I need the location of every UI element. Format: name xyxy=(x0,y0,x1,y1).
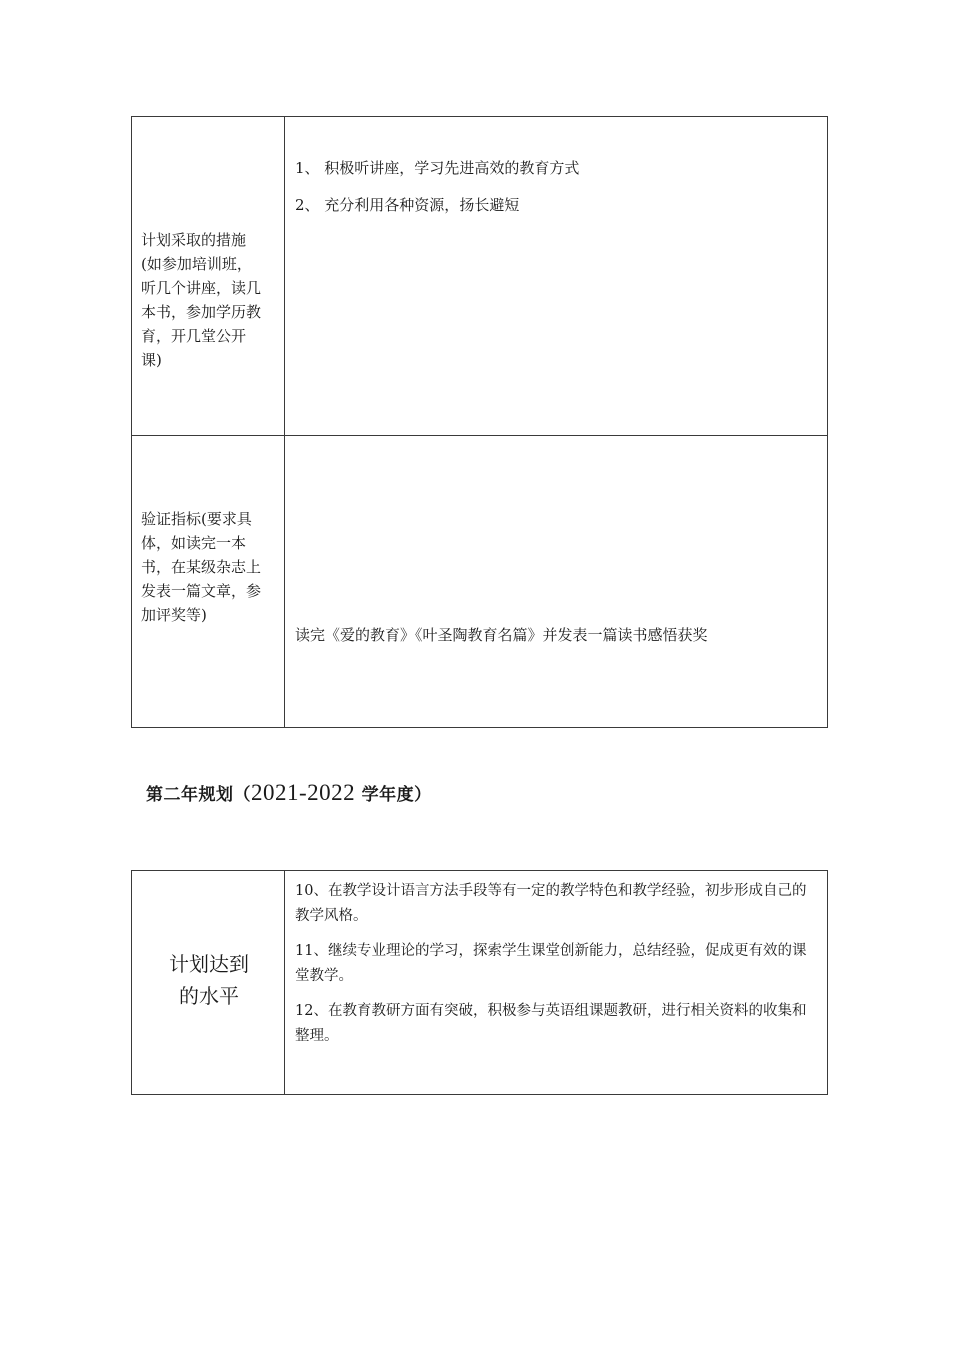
target-item-11: 11、继续专业理论的学习，探索学生课堂创新能力，总结经验，促成更有效的课堂教学。 xyxy=(295,939,817,989)
label-line: 听几个讲座，读几 xyxy=(141,276,277,300)
target-item-10: 10、在教学设计语言方法手段等有一定的教学特色和教学经验，初步形成自己的教学风格… xyxy=(295,879,817,929)
section-heading-year2: 第二年规划（2021-2022 学年度） xyxy=(146,780,432,806)
label-line: 计划采取的措施 xyxy=(141,228,277,252)
verification-label: 验证指标(要求具 体，如读完一本 书，在某级杂志上 发表一篇文章，参 加评奖等) xyxy=(132,436,285,727)
label-line: 的水平 xyxy=(179,980,239,1012)
label-line: 体，如读完一本 xyxy=(141,531,277,555)
target-item-12: 12、在教育教研方面有突破，积极参与英语组课题教研，进行相关资料的收集和整理。 xyxy=(295,999,817,1049)
label-line: 加评奖等) xyxy=(141,603,277,627)
verification-text: 读完《爱的教育》《叶圣陶教育名篇》并发表一篇读书感悟获奖 xyxy=(295,624,708,645)
label-line: 发表一篇文章，参 xyxy=(141,579,277,603)
plan-table-year1: 计划采取的措施 (如参加培训班， 听几个讲座，读几 本书，参加学历教 育，开几堂… xyxy=(131,116,828,728)
heading-year: 2021-2022 xyxy=(251,780,355,805)
label-line: 书，在某级杂志上 xyxy=(141,555,277,579)
measure-item-2: 2、 充分利用各种资源，扬长避短 xyxy=(295,194,519,215)
heading-suffix: 学年度） xyxy=(355,785,431,805)
label-line: 本书，参加学历教 xyxy=(141,300,277,324)
target-level-label: 计划达到 的水平 xyxy=(132,871,285,1094)
measures-value: 1、 积极听讲座，学习先进高效的教育方式 2、 充分利用各种资源，扬长避短 xyxy=(285,117,827,435)
target-level-value: 10、在教学设计语言方法手段等有一定的教学特色和教学经验，初步形成自己的教学风格… xyxy=(285,871,827,1094)
label-line: (如参加培训班， xyxy=(141,252,277,276)
verification-value: 读完《爱的教育》《叶圣陶教育名篇》并发表一篇读书感悟获奖 xyxy=(285,436,827,727)
measure-item-1: 1、 积极听讲座，学习先进高效的教育方式 xyxy=(295,157,579,178)
table-row-verification: 验证指标(要求具 体，如读完一本 书，在某级杂志上 发表一篇文章，参 加评奖等)… xyxy=(132,436,827,727)
plan-table-year2: 计划达到 的水平 10、在教学设计语言方法手段等有一定的教学特色和教学经验，初步… xyxy=(131,870,828,1095)
label-line: 课) xyxy=(141,348,277,372)
label-line: 计划达到 xyxy=(169,948,249,980)
label-line: 育，开几堂公开 xyxy=(141,324,277,348)
label-line: 验证指标(要求具 xyxy=(141,507,277,531)
table-row-measures: 计划采取的措施 (如参加培训班， 听几个讲座，读几 本书，参加学历教 育，开几堂… xyxy=(132,117,827,436)
measures-label: 计划采取的措施 (如参加培训班， 听几个讲座，读几 本书，参加学历教 育，开几堂… xyxy=(132,117,285,435)
table-row-target-level: 计划达到 的水平 10、在教学设计语言方法手段等有一定的教学特色和教学经验，初步… xyxy=(132,871,827,1094)
heading-prefix: 第二年规划（ xyxy=(146,785,251,805)
